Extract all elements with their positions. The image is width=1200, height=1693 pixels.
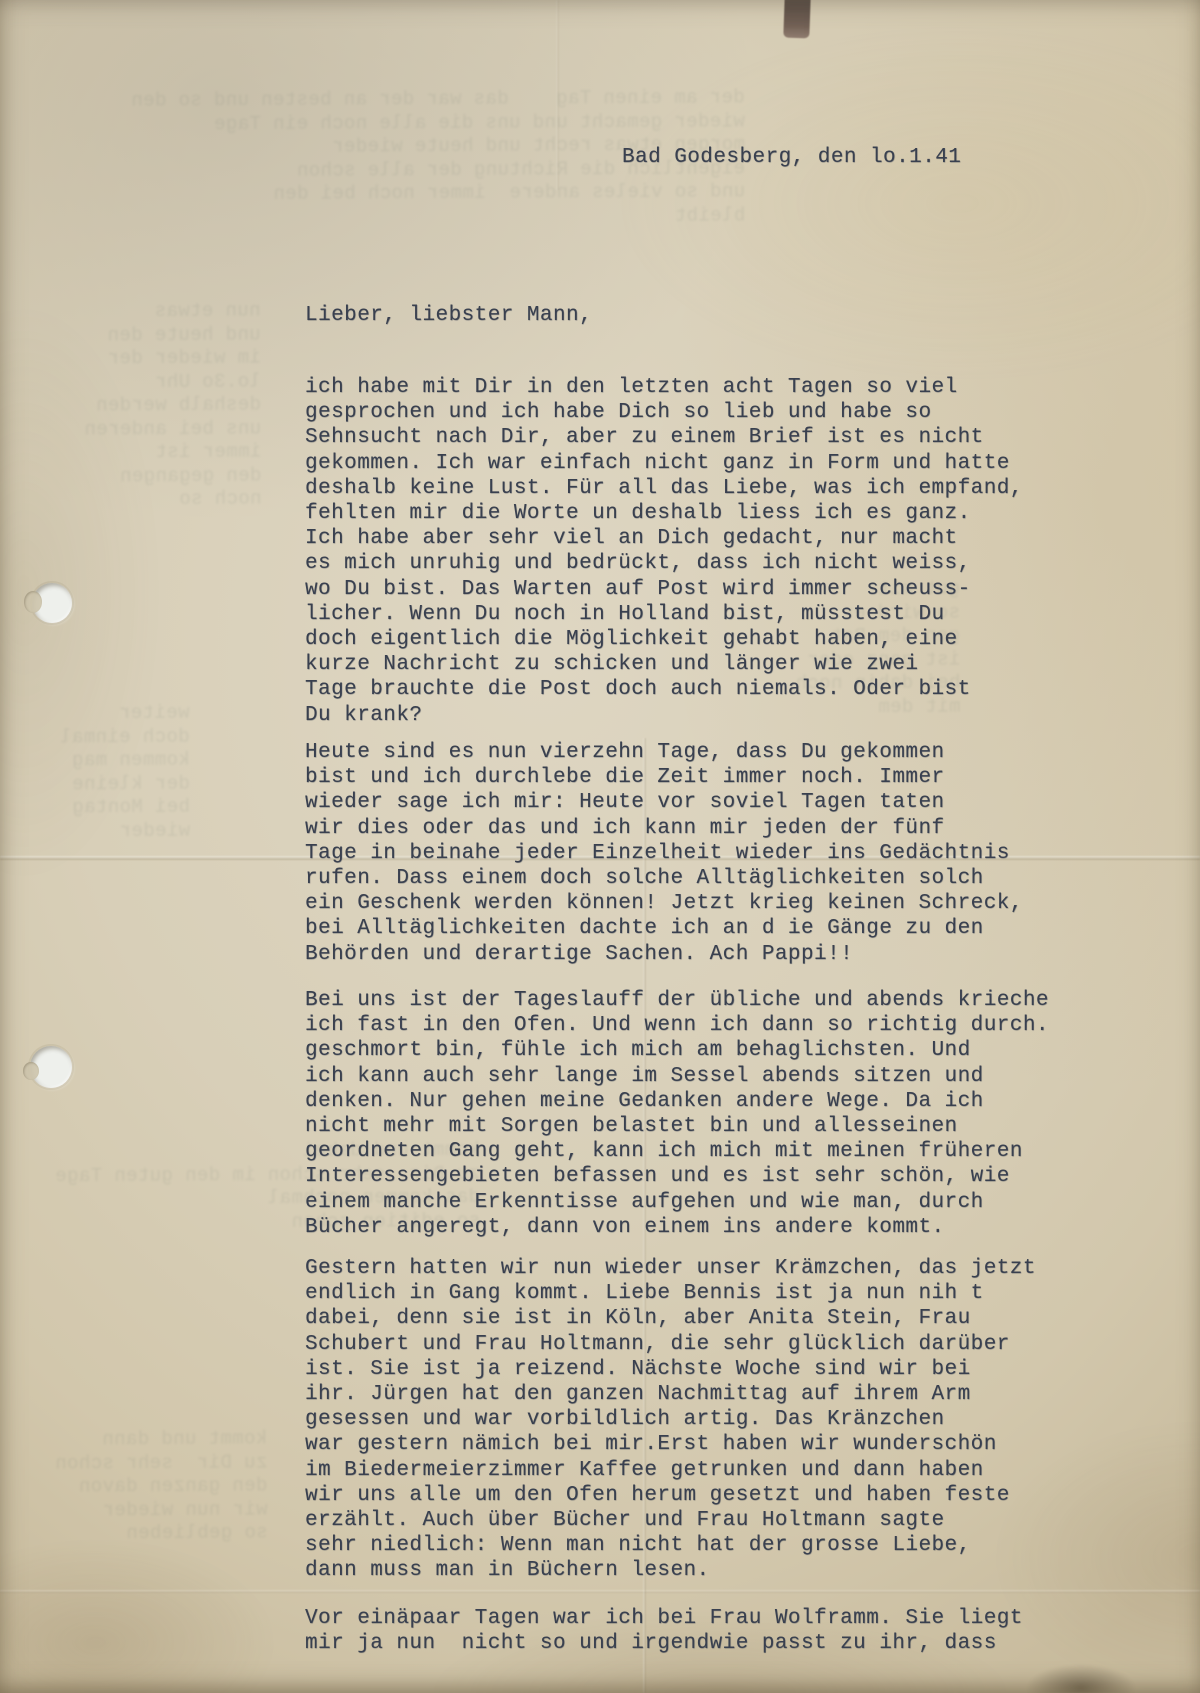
letter-paragraph: ich habe mit Dir in den letzten acht Tag…: [305, 375, 1023, 728]
letter-paragraph: Gestern hatten wir nun wieder unser Kräm…: [305, 1256, 1036, 1584]
letter-paragraph: Heute sind es nun vierzehn Tage, dass Du…: [305, 740, 1023, 967]
horizontal-fold-crease-faint: [0, 1590, 1200, 1593]
punch-hole: [30, 1046, 72, 1088]
vertical-fold-crease-top: [556, 0, 559, 190]
bleedthrough-ghost-text: weiter doch einmal kommen mag der kleine…: [60, 702, 191, 844]
dark-corner-mark: [783, 0, 810, 38]
dateline: Bad Godesberg, den lo.1.41: [622, 145, 961, 170]
letter-paragraph: Bei uns ist der Tageslauff der übliche u…: [305, 988, 1049, 1240]
punch-hole: [32, 583, 72, 623]
bottom-edge-smudge: [1026, 1664, 1136, 1693]
letter-scan-page: der am einen Tag das war der an besten u…: [0, 0, 1200, 1693]
bleedthrough-ghost-text: nun etwas und heute den im wieder der lo…: [83, 300, 261, 512]
letter-paragraph: Vor einäpaar Tagen war ich bei Frau Wolf…: [305, 1606, 1023, 1656]
salutation: Lieber, liebster Mann,: [305, 303, 592, 328]
bleedthrough-ghost-text: kommt und dann zu Dir sehr schon den gan…: [55, 1427, 268, 1546]
